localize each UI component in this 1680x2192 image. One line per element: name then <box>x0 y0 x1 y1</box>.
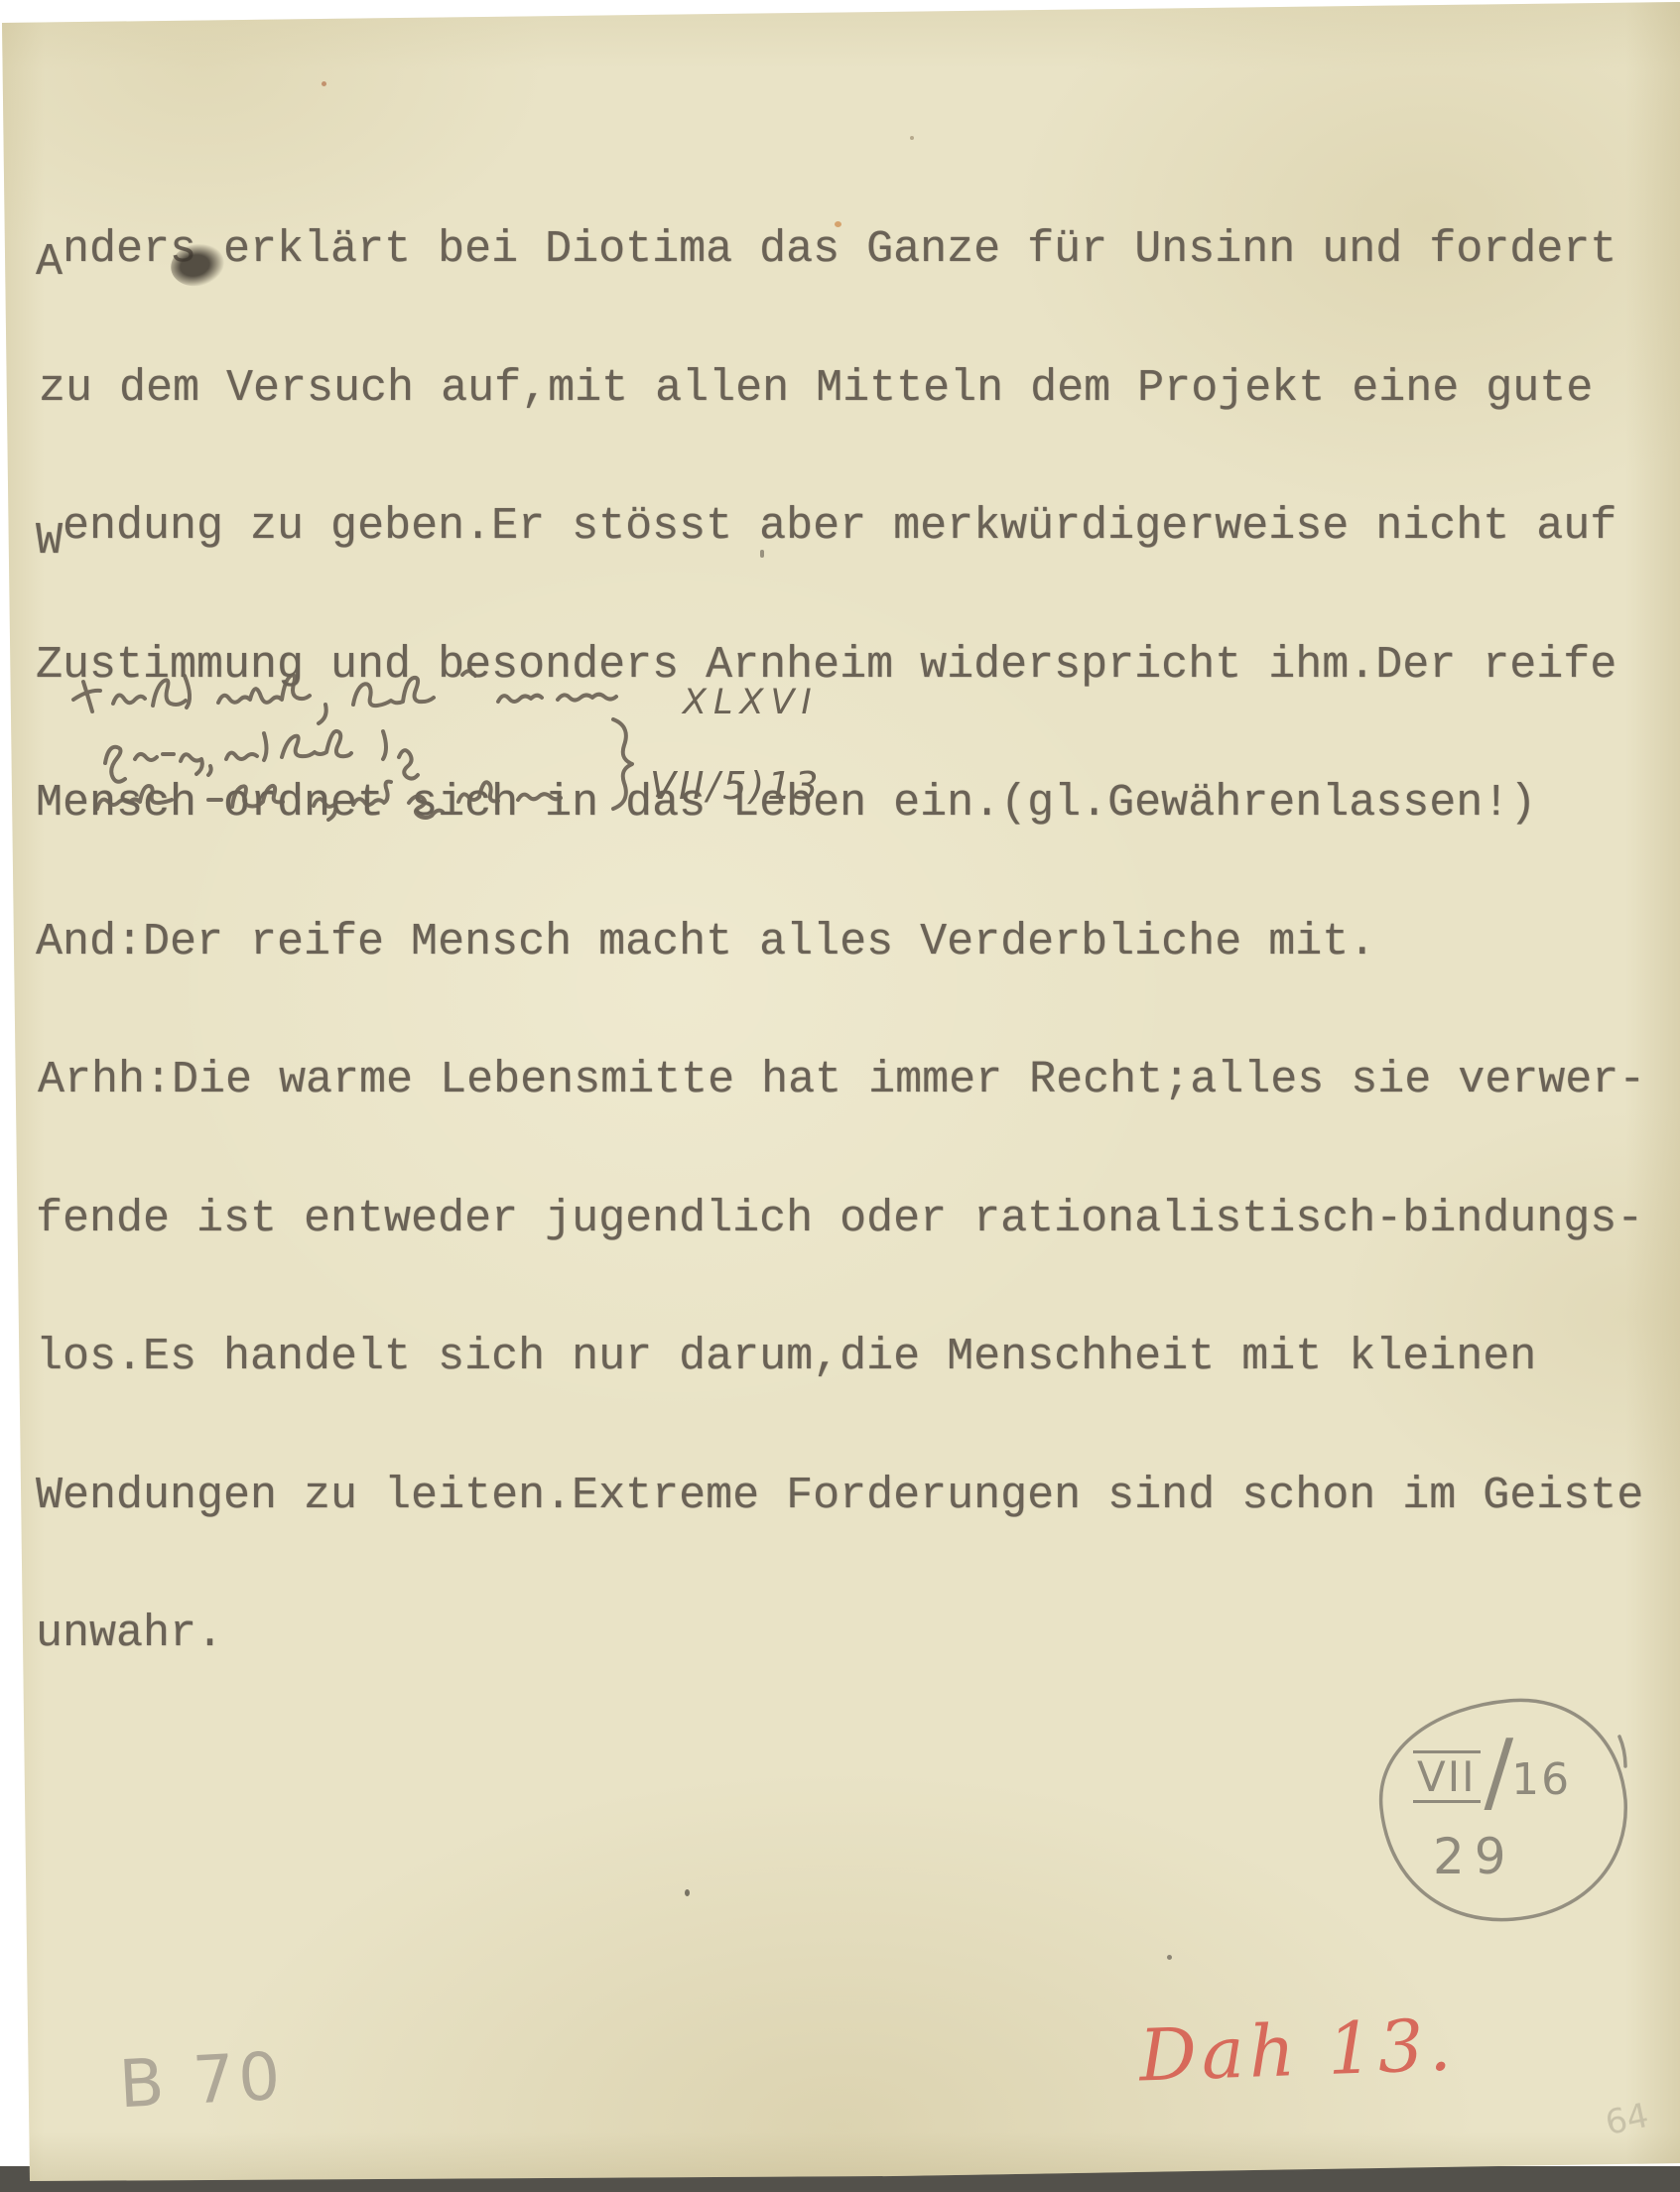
handwritten-signature-number: VII/5)13 <box>650 764 822 808</box>
handwriting-stroke <box>226 733 267 760</box>
stamp-slash: / <box>1485 1733 1514 1813</box>
archive-number-stamp: VII / 16 29 <box>1369 1693 1629 1923</box>
typed-line: Wendung zu geben.Er stösst aber merkwürd… <box>36 504 1645 551</box>
scanned-manuscript-page: Anders erklärt bei Diotima das Ganze für… <box>0 0 1680 2192</box>
handwriting-stroke <box>353 671 475 706</box>
pencil-shelfmark: B 70 <box>117 2038 286 2124</box>
handwriting-stroke <box>314 782 443 820</box>
handwriting-stroke <box>399 750 418 778</box>
typed-line: los.Es handelt sich nur darum,die Mensch… <box>36 1335 1645 1381</box>
paper-speck <box>685 1889 690 1896</box>
typed-line: zu dem Versuch auf,mit allen Mitteln dem… <box>39 366 1645 413</box>
faint-corner-number: 64 <box>1602 2096 1652 2143</box>
stamp-line-1: VII / 16 <box>1413 1737 1571 1813</box>
typed-line: fende ist entweder jugendlich oder ratio… <box>36 1197 1645 1243</box>
handwriting-stroke <box>458 782 561 802</box>
red-ink-signature: Dah 13. <box>1138 2002 1458 2097</box>
stamp-page-number: 29 <box>1433 1828 1516 1885</box>
stamp-roman-numeral: VII <box>1413 1750 1481 1803</box>
handwriting-stroke <box>105 747 125 782</box>
handwriting-stroke <box>498 695 616 702</box>
paper-speck <box>835 221 841 227</box>
typed-line: unwahr. <box>36 1612 1645 1658</box>
handwritten-reference-number: XLXVI <box>681 683 819 722</box>
handwriting-stroke <box>282 731 386 759</box>
typewritten-text-block: Anders erklärt bei Diotima das Ganze für… <box>36 135 1645 1750</box>
paper-sheet: Anders erklärt bei Diotima das Ganze für… <box>0 0 1680 2192</box>
typed-line: Anders erklärt bei Diotima das Ganze für… <box>36 227 1645 274</box>
paper-speck <box>760 550 764 558</box>
handwriting-stroke <box>232 786 283 807</box>
handwriting-brace <box>613 719 632 809</box>
handwriting-stroke <box>218 675 326 723</box>
handwritten-pencil-note: XLXVI VII/5)13 <box>69 660 883 829</box>
handwriting-stroke <box>113 695 145 704</box>
handwriting-stroke <box>97 786 221 809</box>
typed-line: Arhh:Die warme Lebensmitte hat immer Rec… <box>38 1058 1645 1104</box>
handwriting-stroke <box>73 682 100 711</box>
handwriting-stroke <box>135 754 211 775</box>
paper-speck <box>322 81 326 86</box>
handwriting-stroke <box>153 676 190 708</box>
typed-line: Wendungen zu leiten.Extreme Forderungen … <box>36 1474 1645 1520</box>
stamp-folder-number: 16 <box>1511 1754 1571 1805</box>
paper-speck <box>910 136 914 140</box>
paper-speck <box>1167 1955 1172 1960</box>
typed-line: And:Der reife Mensch macht alles Verderb… <box>36 920 1645 967</box>
